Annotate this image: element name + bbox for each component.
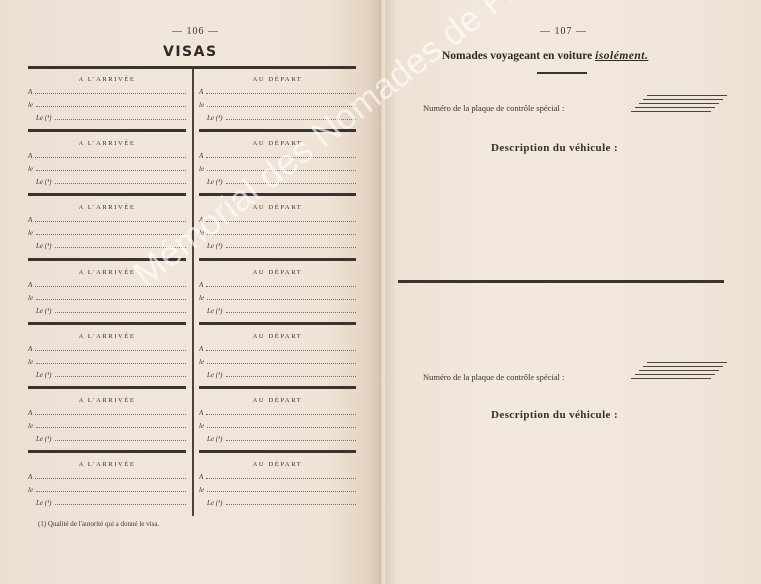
arrival-field-date[interactable]: le [28,420,186,430]
departure-field-place[interactable]: A [199,86,356,96]
dotted-entry-line [36,106,186,107]
dotted-entry-line [207,106,356,107]
field-label: Le (¹) [36,242,52,250]
field-label: le [28,101,33,109]
field-label: Le (¹) [36,178,52,186]
field-label: Le (¹) [36,371,52,379]
book-spine [379,0,385,584]
field-label: A [28,473,32,481]
arrival-field-authority[interactable]: Le (¹) [36,305,186,315]
field-label: A [199,88,203,96]
vehicle-description-label-2: Description du véhicule : [491,409,618,421]
arrival-field-authority[interactable]: Le (¹) [36,433,186,443]
arrival-field-place[interactable]: A [28,150,186,160]
block-separator-rule [199,193,356,196]
block-separator-rule [28,193,186,196]
departure-header: AU DÉPART [199,461,356,468]
field-label: le [28,486,33,494]
dotted-entry-line [206,221,356,222]
title-underline-rule [537,72,587,74]
arrival-field-authority[interactable]: Le (¹) [36,497,186,507]
arrival-field-authority[interactable]: Le (¹) [36,176,186,186]
arrival-field-place[interactable]: A [28,86,186,96]
arrival-field-place[interactable]: A [28,214,186,224]
dotted-entry-line [35,478,186,479]
arrival-header: A L'ARRIVÉE [28,269,186,276]
dotted-entry-line [206,286,356,287]
arrival-field-date[interactable]: le [28,484,186,494]
field-label: A [28,88,32,96]
dotted-entry-line [207,363,356,364]
field-label: le [199,101,204,109]
block-separator-rule [199,129,356,132]
dotted-entry-line [207,427,356,428]
plate-number-field-1[interactable] [631,95,727,115]
field-label: A [28,152,32,160]
arrival-header: A L'ARRIVÉE [28,461,186,468]
vehicle-description-area-1[interactable] [398,165,724,275]
departure-field-place[interactable]: A [199,214,356,224]
dotted-entry-line [35,414,186,415]
field-label: A [199,281,203,289]
field-label: A [28,345,32,353]
departure-field-date[interactable]: le [199,356,356,366]
arrival-field-place[interactable]: A [28,471,186,481]
departure-field-place[interactable]: A [199,407,356,417]
field-label: le [28,165,33,173]
arrival-field-date[interactable]: le [28,356,186,366]
field-label: le [199,422,204,430]
dotted-entry-line [226,312,356,313]
departure-field-authority[interactable]: Le (¹) [207,497,356,507]
departure-field-authority[interactable]: Le (¹) [207,240,356,250]
dotted-entry-line [207,491,356,492]
arrival-field-place[interactable]: A [28,407,186,417]
departure-header: AU DÉPART [199,76,356,83]
arrival-header: A L'ARRIVÉE [28,76,186,83]
block-separator-rule [199,450,356,453]
departure-field-authority[interactable]: Le (¹) [207,112,356,122]
dotted-entry-line [55,247,186,248]
plate-number-label-2: Numéro de la plaque de contrôle spécial … [423,372,564,382]
departure-field-date[interactable]: le [199,292,356,302]
block-separator-rule [28,129,186,132]
field-label: A [28,216,32,224]
field-label: Le (¹) [36,499,52,507]
dotted-entry-line [55,312,186,313]
field-label: le [28,358,33,366]
field-label: A [28,281,32,289]
departure-field-authority[interactable]: Le (¹) [207,176,356,186]
dotted-entry-line [36,234,186,235]
page-number-left: — 106 — [172,26,219,37]
field-label: Le (¹) [207,242,223,250]
dotted-entry-line [36,491,186,492]
dotted-entry-line [55,504,186,505]
dotted-entry-line [35,157,186,158]
block-separator-rule [199,322,356,325]
field-label: le [199,165,204,173]
field-label: Le (¹) [36,435,52,443]
field-label: Le (¹) [207,178,223,186]
departure-field-place[interactable]: A [199,279,356,289]
dotted-entry-line [207,234,356,235]
block-separator-rule [28,450,186,453]
dotted-entry-line [55,119,186,120]
dotted-entry-line [206,414,356,415]
field-label: le [28,229,33,237]
dotted-entry-line [55,440,186,441]
dotted-entry-line [36,170,186,171]
arrival-header: A L'ARRIVÉE [28,397,186,404]
departure-field-authority[interactable]: Le (¹) [207,305,356,315]
field-label: le [199,229,204,237]
plate-number-label-1: Numéro de la plaque de contrôle spécial … [423,103,564,113]
field-label: Le (¹) [36,114,52,122]
field-label: le [28,294,33,302]
field-label: Le (¹) [207,435,223,443]
dotted-entry-line [35,93,186,94]
field-label: Le (¹) [207,499,223,507]
field-label: A [199,473,203,481]
block-separator-rule [199,386,356,389]
dotted-entry-line [35,221,186,222]
dotted-entry-line [226,376,356,377]
column-divider [192,68,194,516]
title-prefix: Nomades voyageant en voiture [442,50,595,62]
dotted-entry-line [36,363,186,364]
dotted-entry-line [206,350,356,351]
field-label: A [199,409,203,417]
departure-field-place[interactable]: A [199,343,356,353]
departure-field-authority[interactable]: Le (¹) [207,433,356,443]
dotted-entry-line [206,93,356,94]
dotted-entry-line [226,119,356,120]
field-label: Le (¹) [207,371,223,379]
footnote: (1) Qualité de l'autorité qui a donné le… [38,520,159,528]
block-separator-rule [199,258,356,261]
top-thick-rule [28,66,356,69]
dotted-entry-line [207,299,356,300]
dotted-entry-line [55,183,186,184]
dotted-entry-line [35,350,186,351]
arrival-field-authority[interactable]: Le (¹) [36,369,186,379]
field-label: Le (¹) [207,307,223,315]
field-label: Le (¹) [36,307,52,315]
vehicle-description-label-1: Description du véhicule : [491,142,618,154]
title-emphasis: isolément. [595,50,648,62]
departure-header: AU DÉPART [199,333,356,340]
dotted-entry-line [226,504,356,505]
departure-header: AU DÉPART [199,397,356,404]
block-separator-rule [28,258,186,261]
departure-field-place[interactable]: A [199,150,356,160]
block-separator-rule [28,322,186,325]
visas-title: VISAS [163,44,218,60]
arrival-field-date[interactable]: le [28,227,186,237]
dotted-entry-line [226,183,356,184]
departure-header: AU DÉPART [199,204,356,211]
arrival-field-authority[interactable]: Le (¹) [36,240,186,250]
departure-field-date[interactable]: le [199,227,356,237]
departure-field-authority[interactable]: Le (¹) [207,369,356,379]
vehicle-description-area-2[interactable] [398,430,724,530]
block-separator-rule [28,386,186,389]
dotted-entry-line [36,427,186,428]
field-label: Le (¹) [207,114,223,122]
arrival-header: A L'ARRIVÉE [28,333,186,340]
arrival-field-date[interactable]: le [28,99,186,109]
dotted-entry-line [226,247,356,248]
arrival-field-place[interactable]: A [28,343,186,353]
arrival-header: A L'ARRIVÉE [28,204,186,211]
field-label: le [199,486,204,494]
departure-header: AU DÉPART [199,140,356,147]
plate-number-field-2[interactable] [631,362,727,382]
dotted-entry-line [55,376,186,377]
arrival-header: A L'ARRIVÉE [28,140,186,147]
field-label: A [199,152,203,160]
page-number-right: — 107 — [540,26,587,37]
arrival-field-date[interactable]: le [28,292,186,302]
field-label: A [28,409,32,417]
dotted-entry-line [36,299,186,300]
dotted-entry-line [226,440,356,441]
field-label: A [199,345,203,353]
dotted-entry-line [35,286,186,287]
dotted-entry-line [206,157,356,158]
arrival-field-authority[interactable]: Le (¹) [36,112,186,122]
departure-field-date[interactable]: le [199,484,356,494]
arrival-field-date[interactable]: le [28,163,186,173]
field-label: le [199,358,204,366]
departure-field-date[interactable]: le [199,163,356,173]
departure-header: AU DÉPART [199,269,356,276]
field-label: le [199,294,204,302]
arrival-field-place[interactable]: A [28,279,186,289]
right-page-title: Nomades voyageant en voiture isolément. [442,50,648,62]
section-divider-rule [398,280,724,283]
departure-field-date[interactable]: le [199,99,356,109]
dotted-entry-line [206,478,356,479]
departure-field-date[interactable]: le [199,420,356,430]
departure-field-place[interactable]: A [199,471,356,481]
field-label: le [28,422,33,430]
field-label: A [199,216,203,224]
dotted-entry-line [207,170,356,171]
